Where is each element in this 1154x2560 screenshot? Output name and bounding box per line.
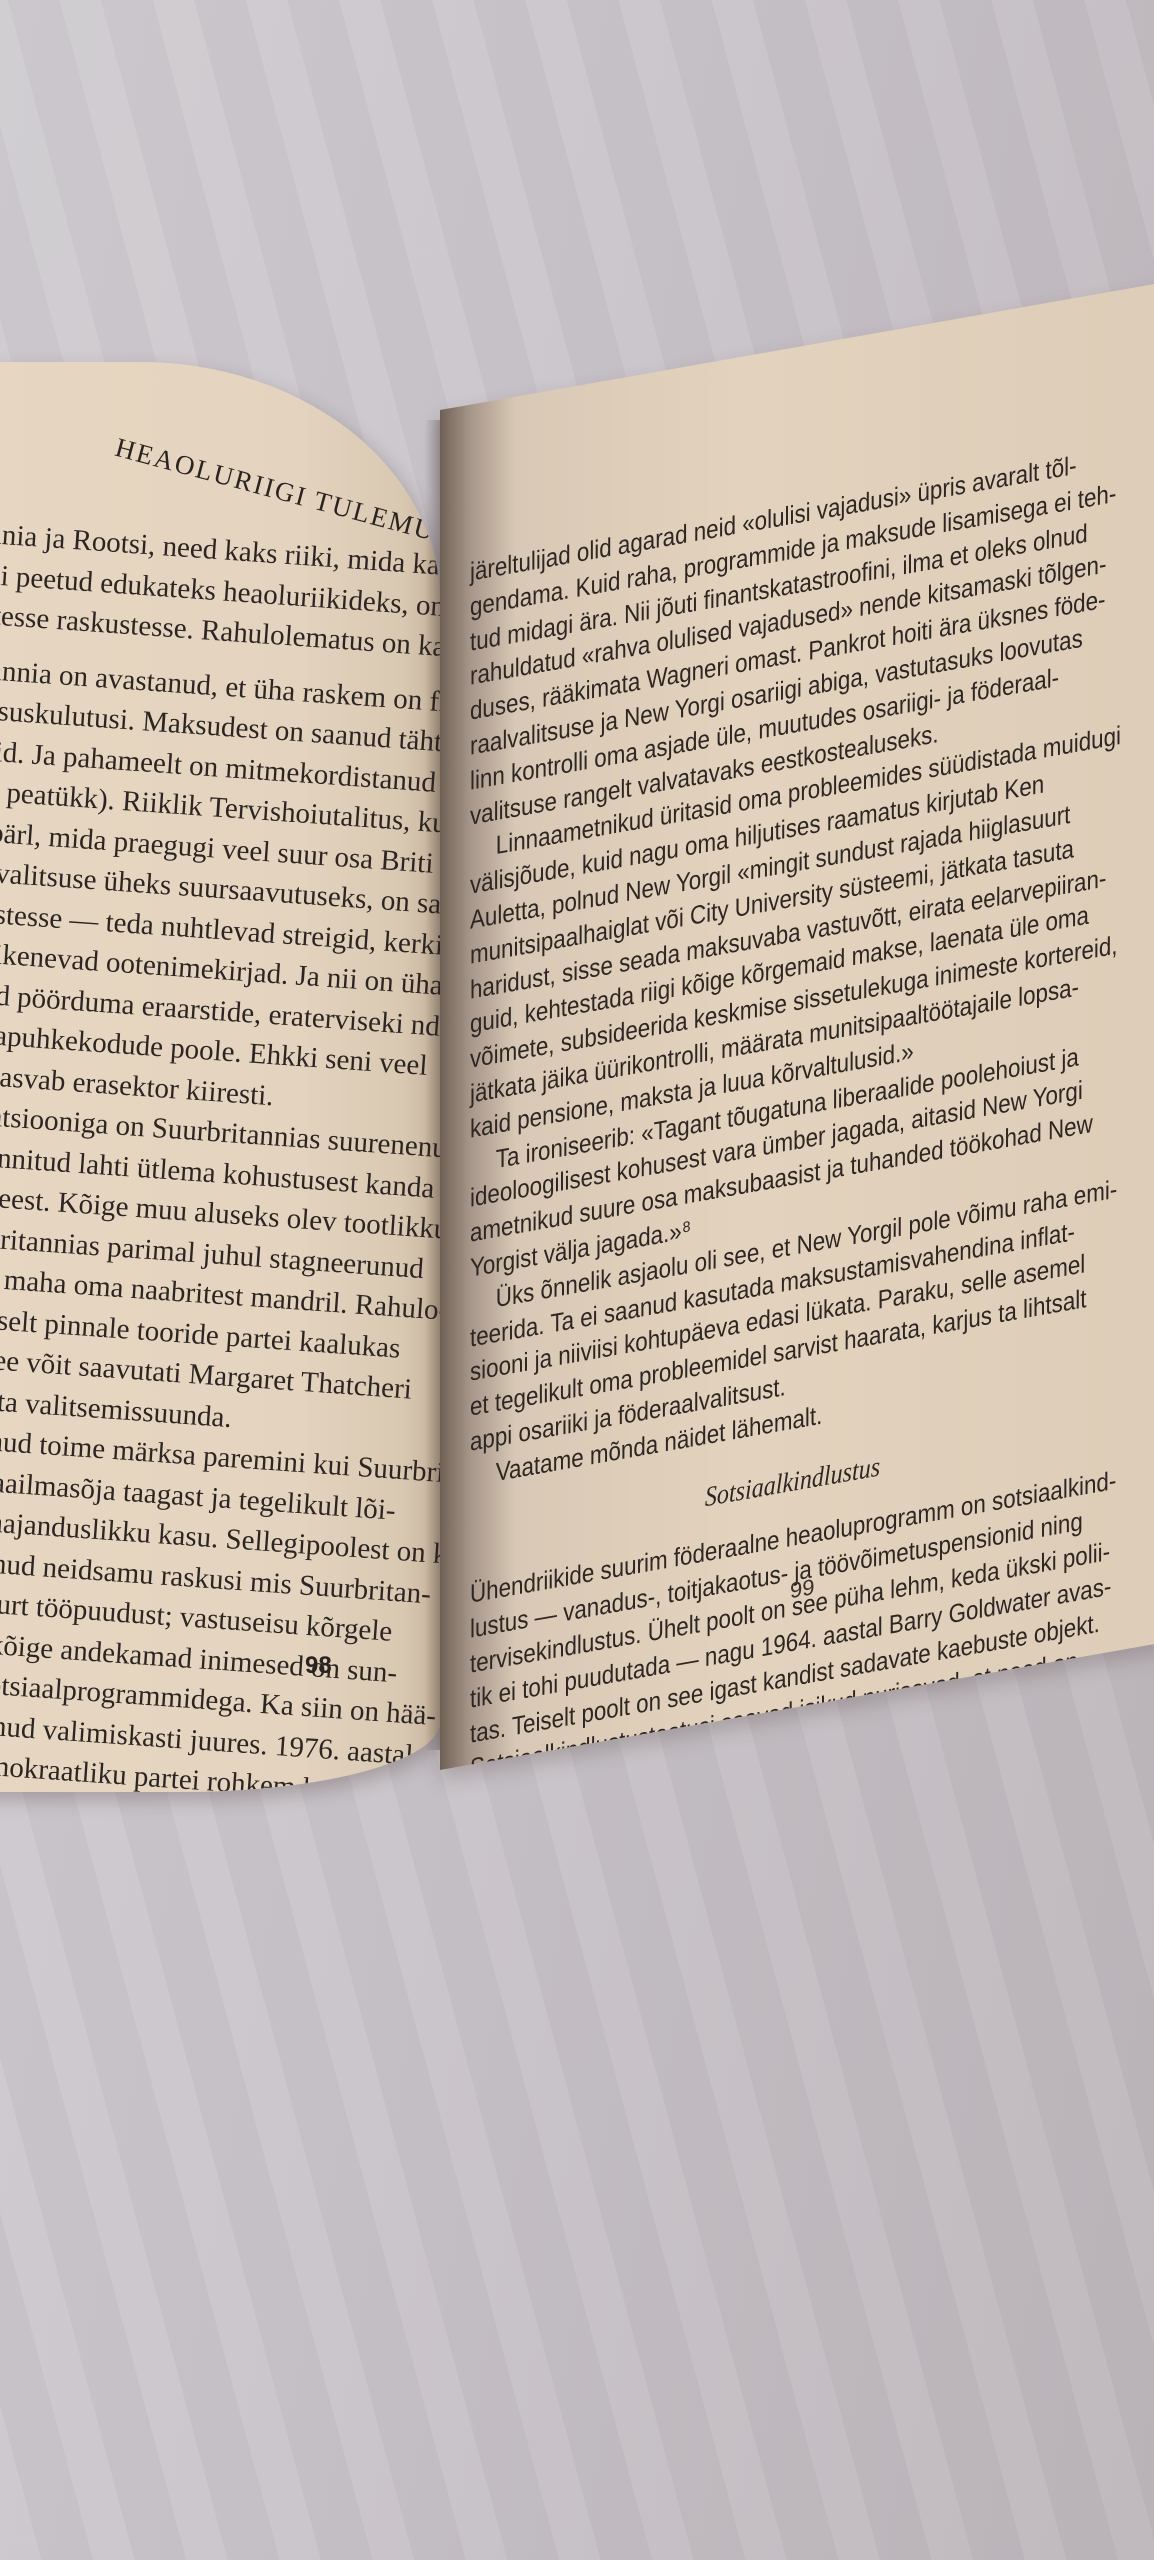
left-page: HEAOLURIIGI TULEMUSED itannia ja Rootsi,…	[0, 362, 440, 1792]
right-page: järeltulijad olid agarad neid «olulisi v…	[440, 276, 1154, 1770]
page-number-left: 98	[305, 1652, 332, 1680]
right-page-body: järeltulijad olid agarad neid «olulisi v…	[470, 450, 1063, 1770]
right-page-text-before-heading: järeltulijad olid agarad neid «olulisi v…	[470, 450, 1063, 1494]
page-number-right: 99	[790, 1574, 814, 1604]
left-page-body: itannia ja Rootsi, need kaks riiki, mida…	[0, 512, 440, 1792]
text-line: peavad neid liiga rängaks taagaks. Tööan…	[470, 1751, 1063, 1770]
